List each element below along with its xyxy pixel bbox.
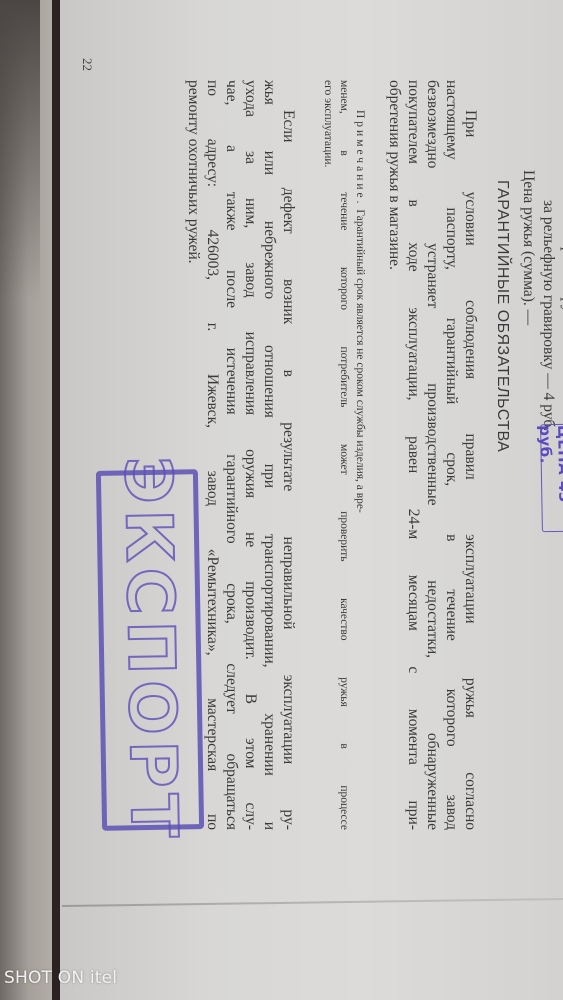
shadow	[0, 0, 40, 300]
paragraph1-line: настоящему паспорту, гарантийный срок, в…	[442, 80, 460, 830]
section-heading: ГАРАНТИЙНЫЕ ОБЯЗАТЕЛЬСТВА	[493, 180, 511, 452]
paragraph2-line: ремонту охотничьих ружей.	[184, 80, 202, 264]
price-stamp: ЦЕНА 43 руб.	[540, 424, 563, 532]
paragraph1-line: При условии соблюдения правил эксплуатац…	[461, 110, 479, 830]
note-text: Гарантийный срок является не сроком служ…	[354, 209, 366, 513]
price-line-engraving: за рельефную гравировку — 4 руб.	[539, 200, 557, 431]
paragraph2-line: жья или небрежного отношения при транспо…	[260, 80, 278, 830]
paragraph1-line: обретения ружья в магазине.	[385, 80, 403, 270]
paragraph1-line: покупателем в ходе эксплуатации, равен 2…	[404, 80, 422, 830]
export-stamp: ЭКСПОРТ	[96, 469, 204, 831]
paragraph2-line: по адресу: 426003, г. Ижевск, завод «Рем…	[203, 80, 221, 830]
camera-watermark: SHOT ON itel	[4, 968, 117, 988]
price-line-total: Цена ружья (сумма). —	[519, 170, 537, 325]
note-line: Примечание. Гарантийный срок является не…	[353, 110, 367, 830]
note-line: менем, в течение которого потребитель мо…	[337, 80, 351, 830]
paragraph2-line: ухода за ним, завод исправления оружия н…	[241, 80, 259, 830]
page-number: 22	[79, 58, 95, 71]
paragraph2-line: Если дефект возник в результате неправил…	[279, 110, 297, 830]
booklet-edge	[52, 0, 60, 1000]
export-stamp-text: ЭКСПОРТ	[110, 456, 191, 844]
price-line-ejector: за эжектор — 10 руб.	[559, 185, 563, 324]
paragraph2-line: чае, а также после истечения гарантийног…	[222, 80, 240, 830]
note-line: его эксплуатации.	[321, 80, 335, 167]
rotated-document-page: за эжектор — 10 руб. за рельефную гравир…	[60, 0, 563, 900]
note-label: Примечание.	[354, 110, 366, 206]
paragraph1-line: безвозмездно устраняет производственные …	[423, 80, 441, 830]
